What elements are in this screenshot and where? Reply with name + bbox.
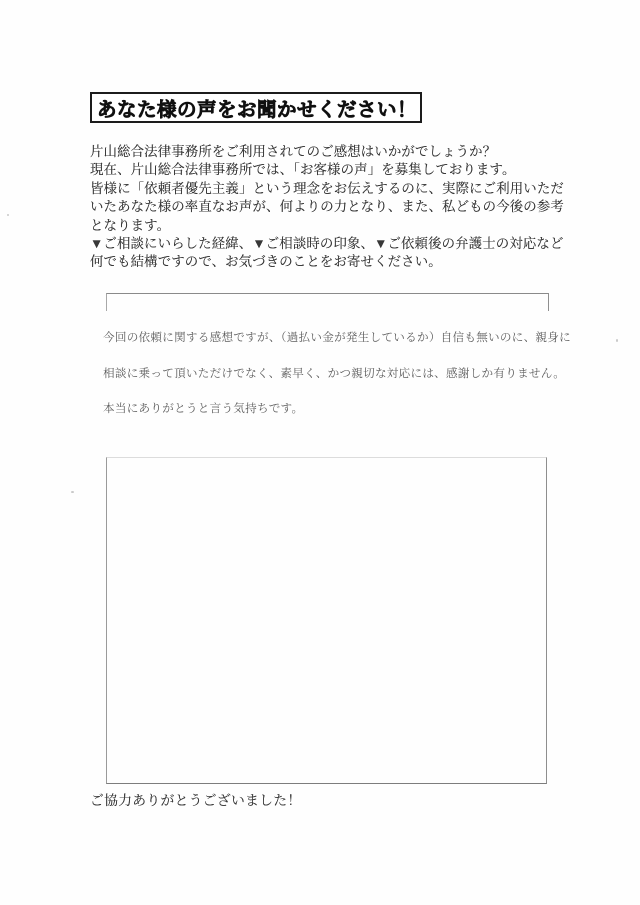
scan-speck xyxy=(616,339,618,342)
intro-line: 何でも結構ですので、お気づきのことをお寄せください。 xyxy=(90,253,590,271)
header-title-box: あなた様の声をお聞かせください！ xyxy=(90,92,422,123)
feedback-text-line: 本当にありがとうと言う気持ちです。 xyxy=(103,400,303,416)
intro-line: いたあなた様の率直なお声が、何よりの力となり、また、私どもの今後の参考 xyxy=(90,198,590,216)
feedback-box-faded-border xyxy=(106,293,549,311)
intro-line: 片山総合法律事務所をご利用されてのご感想はいかがでしょうか？ xyxy=(90,143,590,161)
page-title: あなた様の声をお聞かせください！ xyxy=(97,94,417,122)
intro-line: 現在、片山総合法律事務所では、「お客様の声」を募集しております。 xyxy=(90,161,590,179)
intro-line: となります。 xyxy=(90,217,590,235)
intro-paragraph: 片山総合法律事務所をご利用されてのご感想はいかがでしょうか？ 現在、片山総合法律… xyxy=(90,143,590,272)
scan-speck xyxy=(71,491,74,493)
feedback-text-line: 今回の依頼に関する感想ですが、（過払い金が発生しているか）自信も無いのに、親身に xyxy=(103,329,571,345)
intro-line: 皆様に「依頼者優先主義」という理念をお伝えするのに、実際にご利用いただ xyxy=(90,180,590,198)
scanned-survey-page: あなた様の声をお聞かせください！ 片山総合法律事務所をご利用されてのご感想はいか… xyxy=(0,0,640,905)
feedback-text-line: 相談に乗って頂いただけでなく、素早く、かつ親切な対応には、感謝しか有りません。 xyxy=(103,365,565,381)
intro-line: ▼ご相談にいらした経緯、▼ご相談時の印象、▼ご依頼後の弁護士の対応など xyxy=(90,235,590,253)
comment-writing-box xyxy=(106,457,547,784)
footer-thanks-text: ご協力ありがとうございました！ xyxy=(90,789,301,809)
scan-speck xyxy=(7,214,9,216)
